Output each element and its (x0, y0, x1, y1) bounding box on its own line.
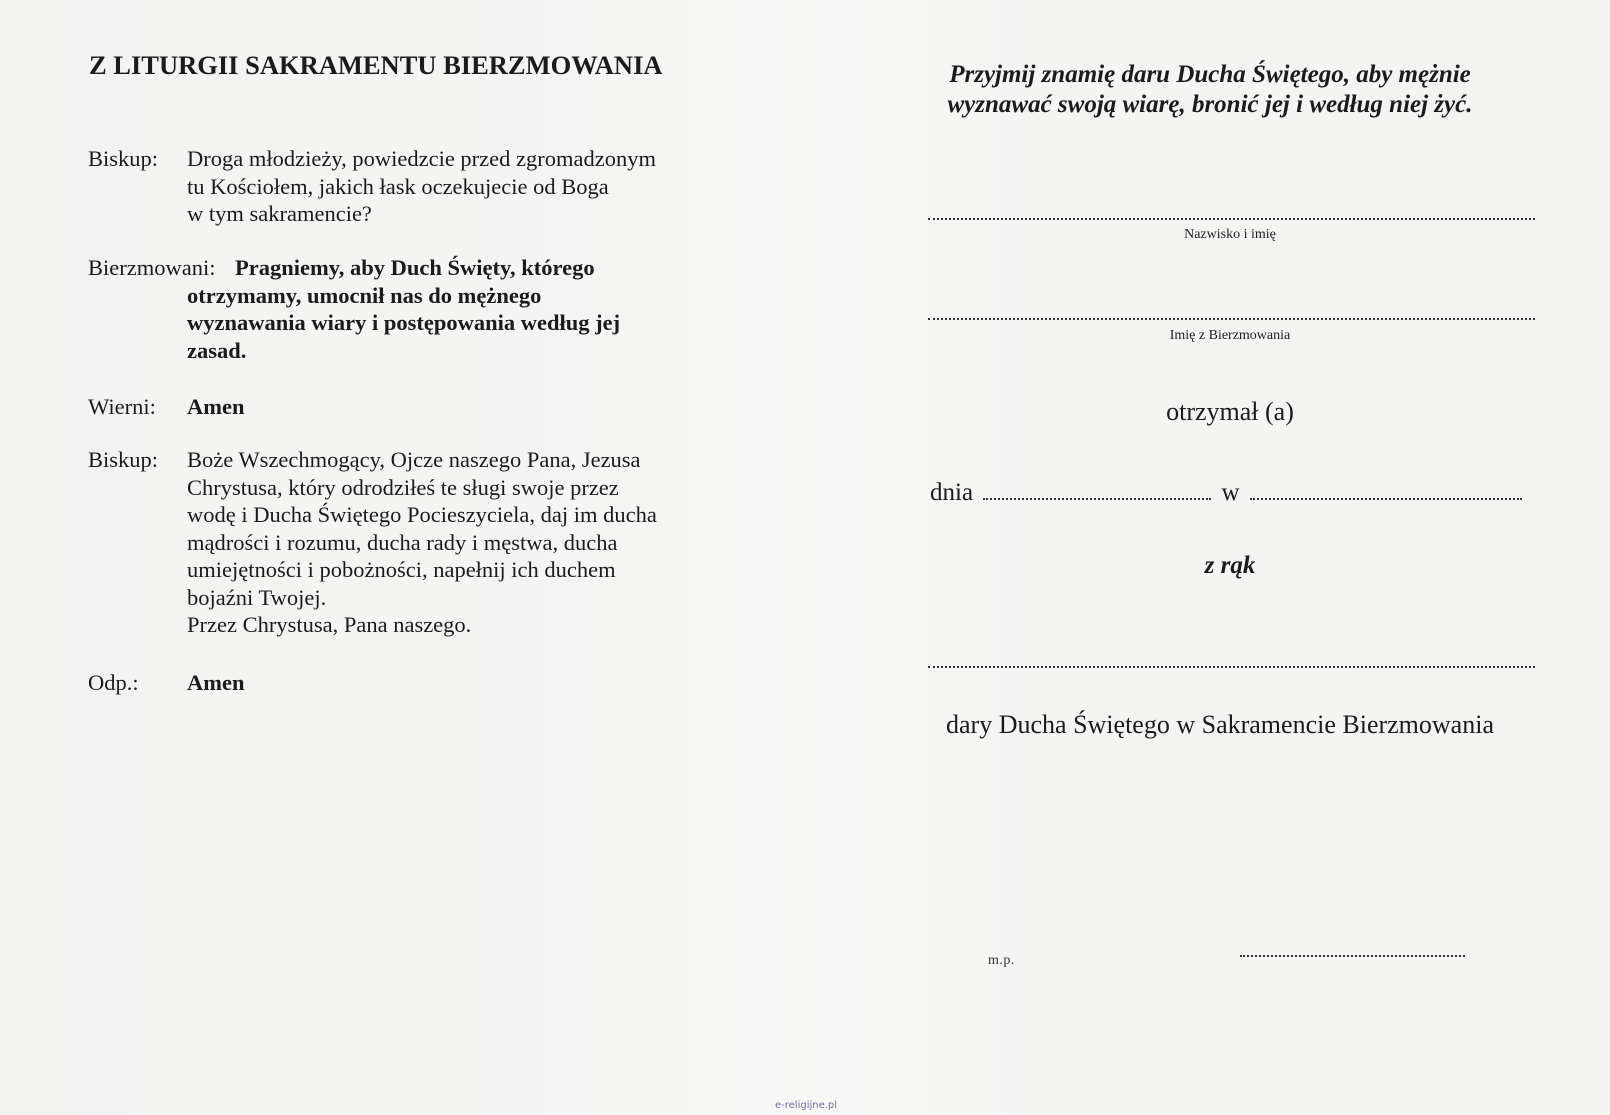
dialog-line: zasad. (187, 337, 620, 365)
received-text: otrzymał (a) (1080, 397, 1380, 427)
speaker-label: Biskup: (88, 446, 158, 474)
dialog-line: Amen (187, 669, 245, 697)
motto-quote: Przyjmij znamię daru Ducha Świętego, aby… (905, 60, 1515, 120)
place-field[interactable] (1250, 498, 1522, 500)
speaker-label: Odp.: (88, 669, 139, 697)
dialog-line: wyznawania wiary i postępowania według j… (187, 309, 620, 337)
dialog-line: w tym sakramencie? (187, 200, 656, 228)
motto-line: Przyjmij znamię daru Ducha Świętego, aby… (905, 60, 1515, 90)
dialog-line: Pragniemy, aby Duch Święty, którego (235, 254, 595, 282)
dialog-line: bojaźni Twojej. (187, 584, 657, 612)
from-hands-label: z rąk (1080, 552, 1380, 580)
dialog-text: otrzymamy, umocnił nas do mężnego wyznaw… (187, 282, 620, 365)
dialog-text: Amen (187, 393, 245, 421)
dialog-line: Droga młodzieży, powiedzcie przed zgroma… (187, 145, 656, 173)
date-field[interactable] (983, 498, 1211, 500)
place-label: w (1222, 479, 1240, 506)
page-title: Z LITURGII SAKRAMENTU BIERZMOWANIA (89, 50, 663, 81)
speaker-label: Bierzmowani: (88, 254, 215, 282)
dialog-line: Chrystusa, który odrodziłeś te sługi swo… (187, 474, 657, 502)
dialog-line: otrzymamy, umocnił nas do mężnego (187, 282, 620, 310)
dialog-text: Amen (187, 669, 245, 697)
motto-line: wyznawać swoją wiarę, bronić jej i wedłu… (905, 90, 1515, 120)
dialog-line: Amen (187, 393, 245, 421)
dialog-line: mądrości i rozumu, ducha rady i męstwa, … (187, 529, 657, 557)
watermark: e-religijne.pl (775, 1100, 837, 1111)
surname-name-field[interactable] (928, 218, 1535, 220)
dialog-text: Droga młodzieży, powiedzcie przed zgroma… (187, 145, 656, 228)
seal-placeholder-label: m.p. (988, 953, 1015, 969)
date-label: dnia (930, 479, 973, 506)
confirmation-name-label: Imię z Bierzmowania (1080, 328, 1380, 344)
minister-field[interactable] (928, 666, 1535, 668)
surname-name-label: Nazwisko i imię (1080, 227, 1380, 243)
dialog-line: Boże Wszechmogący, Ojcze naszego Pana, J… (187, 446, 657, 474)
confirmation-name-field[interactable] (928, 318, 1535, 320)
speaker-label: Biskup: (88, 145, 158, 173)
speaker-label: Wierni: (88, 393, 156, 421)
dialog-text: Boże Wszechmogący, Ojcze naszego Pana, J… (187, 446, 657, 639)
date-place-row: dnia w (930, 479, 1526, 507)
dialog-line: umiejętności i pobożności, napełnij ich … (187, 556, 657, 584)
dialog-line: tu Kościołem, jakich łask oczekujecie od… (187, 173, 656, 201)
dialog-line: wodę i Ducha Świętego Pocieszyciela, daj… (187, 501, 657, 529)
gifts-text: dary Ducha Świętego w Sakramencie Bierzm… (905, 710, 1535, 740)
dialog-line: Przez Chrystusa, Pana naszego. (187, 611, 657, 639)
signature-field[interactable] (1240, 955, 1465, 957)
